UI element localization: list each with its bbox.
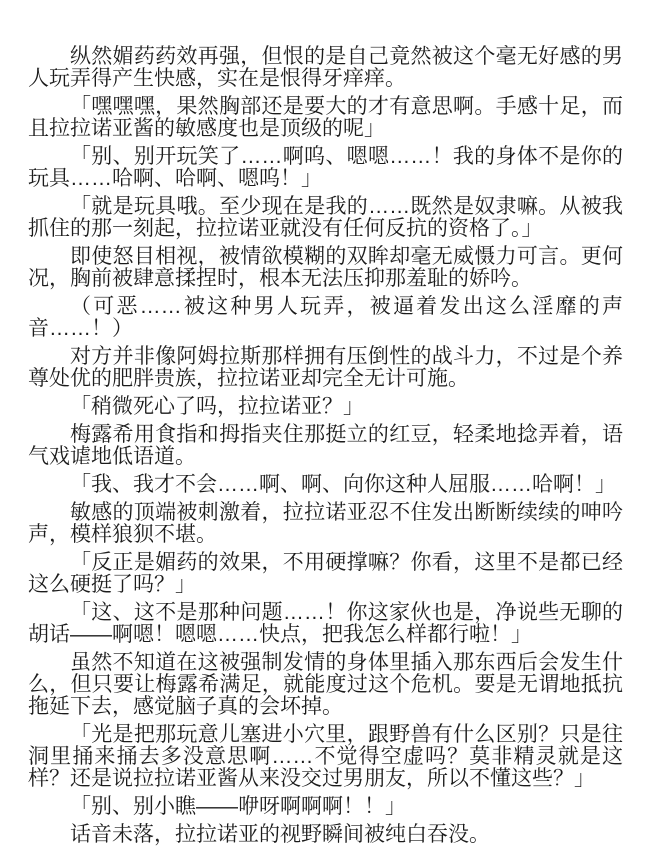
paragraph: 「别、别小瞧——咿呀啊啊啊！！」: [28, 796, 623, 818]
paragraph: 「我、我才不会……啊、啊、向你这种人屈服……哈啊！」: [28, 474, 623, 496]
paragraph: 话音未落，拉拉诺亚的视野瞬间被纯白吞没。: [28, 824, 623, 846]
novel-page: 纵然媚药药效再强，但恨的是自己竟然被这个毫无好感的男人玩弄得产生快感，实在是恨得…: [0, 0, 650, 850]
paragraph: 「这、这不是那种问题……！你这家伙也是，净说些无聊的胡话——啊嗯！嗯嗯……快点，…: [28, 602, 623, 646]
paragraph: 「光是把那玩意儿塞进小穴里，跟野兽有什么区别？只是往洞里捅来捅去多没意思啊……不…: [28, 724, 623, 790]
paragraph: 「反正是媚药的效果，不用硬撑嘛？你看，这里不是都已经这么硬挺了吗？」: [28, 552, 623, 596]
paragraph: 虽然不知道在这被强制发情的身体里插入那东西后会发生什么，但只要让梅露希满足，就能…: [28, 652, 623, 718]
paragraph: 即使怒目相视，被情欲模糊的双眸却毫无威慑力可言。更何况，胸前被肆意揉捏时，根本无…: [28, 246, 623, 290]
paragraph: 「嘿嘿嘿，果然胸部还是要大的才有意思啊。手感十足，而且拉拉诺亚酱的敏感度也是顶级…: [28, 96, 623, 140]
paragraph: 「就是玩具哦。至少现在是我的……既然是奴隶嘛。从被我抓住的那一刻起，拉拉诺亚就没…: [28, 196, 623, 240]
paragraph: （可恶……被这种男人玩弄，被逼着发出这么淫靡的声音……！）: [28, 296, 623, 340]
paragraph: 梅露希用食指和拇指夹住那挺立的红豆，轻柔地捻弄着，语气戏谑地低语道。: [28, 424, 623, 468]
paragraph: 对方并非像阿姆拉斯那样拥有压倒性的战斗力，不过是个养尊处优的肥胖贵族，拉拉诺亚却…: [28, 346, 623, 390]
paragraph: 「别、别开玩笑了……啊呜、嗯嗯……！我的身体不是你的玩具……哈啊、哈啊、嗯呜！」: [28, 146, 623, 190]
paragraph: 纵然媚药药效再强，但恨的是自己竟然被这个毫无好感的男人玩弄得产生快感，实在是恨得…: [28, 46, 623, 90]
paragraph: 「稍微死心了吗，拉拉诺亚？」: [28, 396, 623, 418]
paragraph: 敏感的顶端被刺激着，拉拉诺亚忍不住发出断断续续的呻吟声，模样狼狈不堪。: [28, 502, 623, 546]
